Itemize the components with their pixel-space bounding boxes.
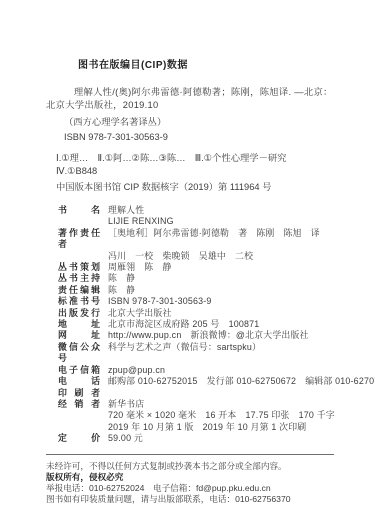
row-label: 丛书主持 [58, 273, 100, 284]
table-row-publisher: 出版发行 北京大学出版社 [46, 308, 335, 319]
table-row-series-host: 丛书主持 陈 静 [46, 273, 335, 284]
row-value: 邮购部 010-62752015 发行部 010-62750672 编辑部 01… [108, 376, 375, 387]
row-value: 新华书店 [108, 399, 144, 410]
legal-footer: 未经许可，不得以任何方式复制或抄袭本书之部分或全部内容。 版权所有，侵权必究 举… [46, 461, 335, 505]
table-row-website: 网址 http://www.pup.cn 新浪微博：@北京大学出版社 [46, 330, 335, 341]
report-contact-line: 举报电话：010-62752024 电子信箱：fd@pup.pku.edu.cn [46, 483, 335, 494]
row-value: 陈 静 [108, 273, 135, 284]
cip-copyright-page: 图书在版编目(CIP)数据 理解人性/(奥)阿尔弗雷德·阿德勒著；陈刚，陈旭译.… [0, 0, 375, 509]
row-label: 微信公众号 [58, 342, 100, 365]
row-label: 电子信箱 [58, 365, 100, 376]
row-label: 经销者 [58, 399, 100, 410]
table-row-email: 电子信箱 zpup@pup.cn [46, 365, 335, 376]
footer-divider [46, 454, 334, 455]
row-label: 出版发行 [58, 308, 100, 319]
print-quality-line: 图书如有印装质量问题，请与出版部联系，电话：010-62756370 [46, 494, 335, 505]
row-label: 定价 [58, 433, 100, 444]
table-row-proofreaders: 冯川 一校 柴晚锁 吴雄中 二校 [46, 251, 335, 262]
row-value: 720 毫米 × 1020 毫米 16 开本 17.75 印张 170 千字 [108, 410, 335, 421]
table-row-editor: 责任编辑 陈 静 [46, 285, 335, 296]
table-row-series-planner: 丛书策划 周雁翎 陈 静 [46, 262, 335, 273]
row-value: 59.00 元 [108, 433, 143, 444]
series-note: （西方心理学名著译丛） [64, 116, 335, 129]
cip-header-title: 图书在版编目(CIP)数据 [78, 56, 335, 71]
table-row-pinyin: LIJIE RENXING [46, 216, 335, 227]
cip-description: 理解人性/(奥)阿尔弗雷德·阿德勒著；陈刚，陈旭译. —北京：北京大学出版社，2… [46, 86, 336, 112]
row-label: 书名 [58, 205, 100, 216]
row-label: 著作责任者 [58, 228, 100, 251]
table-row-phone: 电话 邮购部 010-62752015 发行部 010-62750672 编辑部… [46, 376, 335, 387]
table-row-distributor: 经销者 新华书店 [46, 399, 335, 410]
table-row-isbn: 标准书号 ISBN 978-7-301-30563-9 [46, 296, 335, 307]
row-value: 冯川 一校 柴晚锁 吴雄中 二校 [108, 251, 253, 262]
table-row-address: 地址 北京市海淀区成府路 205 号 100871 [46, 319, 335, 330]
row-value: 科学与艺术之声（微信号：sartspku） [108, 342, 261, 353]
row-value: ISBN 978-7-301-30563-9 [108, 296, 212, 307]
row-label: 丛书策划 [58, 262, 100, 273]
row-value: ［奥地利］阿尔弗雷德·阿德勒 著 陈刚 陈旭 译 [108, 228, 320, 239]
row-label: 责任编辑 [58, 285, 100, 296]
row-label: 标准书号 [58, 296, 100, 307]
row-label: 电话 [58, 376, 100, 387]
row-value: 2019 年 10 月第 1 版 2019 年 10 月第 1 次印刷 [108, 422, 306, 433]
row-value: 陈 静 [108, 285, 135, 296]
row-value: zpup@pup.cn [108, 365, 165, 376]
cip-record-number: 中国版本图书馆 CIP 数据核字（2019）第 111964 号 [56, 181, 335, 194]
publication-details-table: 书名 理解人性 LIJIE RENXING 著作责任者 ［奥地利］阿尔弗雷德·阿… [46, 205, 335, 445]
row-value: 周雁翎 陈 静 [108, 262, 172, 273]
classification-line: Ⅰ.①理… Ⅱ.①阿…②陈…③陈… Ⅲ.①个性心理学－研究 Ⅳ.①B848 [56, 152, 335, 178]
row-label: 网址 [58, 330, 100, 341]
copy-prohibition-notice: 未经许可，不得以任何方式复制或抄袭本书之部分或全部内容。 [46, 461, 335, 472]
table-row-format: 720 毫米 × 1020 毫米 16 开本 17.75 印张 170 千字 [46, 410, 335, 421]
row-value: 北京市海淀区成府路 205 号 100871 [108, 319, 259, 330]
table-row-book-title: 书名 理解人性 [46, 205, 335, 216]
row-value: http://www.pup.cn 新浪微博：@北京大学出版社 [108, 330, 309, 341]
row-label: 印刷者 [58, 388, 100, 399]
table-row-printer: 印刷者 [46, 388, 335, 399]
isbn-line: ISBN 978-7-301-30563-9 [64, 131, 335, 144]
table-row-authors: 著作责任者 ［奥地利］阿尔弗雷德·阿德勒 著 陈刚 陈旭 译 [46, 228, 335, 251]
row-value: 北京大学出版社 [108, 308, 172, 319]
copyright-statement: 版权所有，侵权必究 [46, 472, 335, 483]
table-row-edition: 2019 年 10 月第 1 版 2019 年 10 月第 1 次印刷 [46, 422, 335, 433]
row-value: 理解人性 [108, 205, 144, 216]
row-label: 地址 [58, 319, 100, 330]
row-value: LIJIE RENXING [108, 216, 174, 227]
table-row-wechat: 微信公众号 科学与艺术之声（微信号：sartspku） [46, 342, 335, 365]
table-row-price: 定价 59.00 元 [46, 433, 335, 444]
